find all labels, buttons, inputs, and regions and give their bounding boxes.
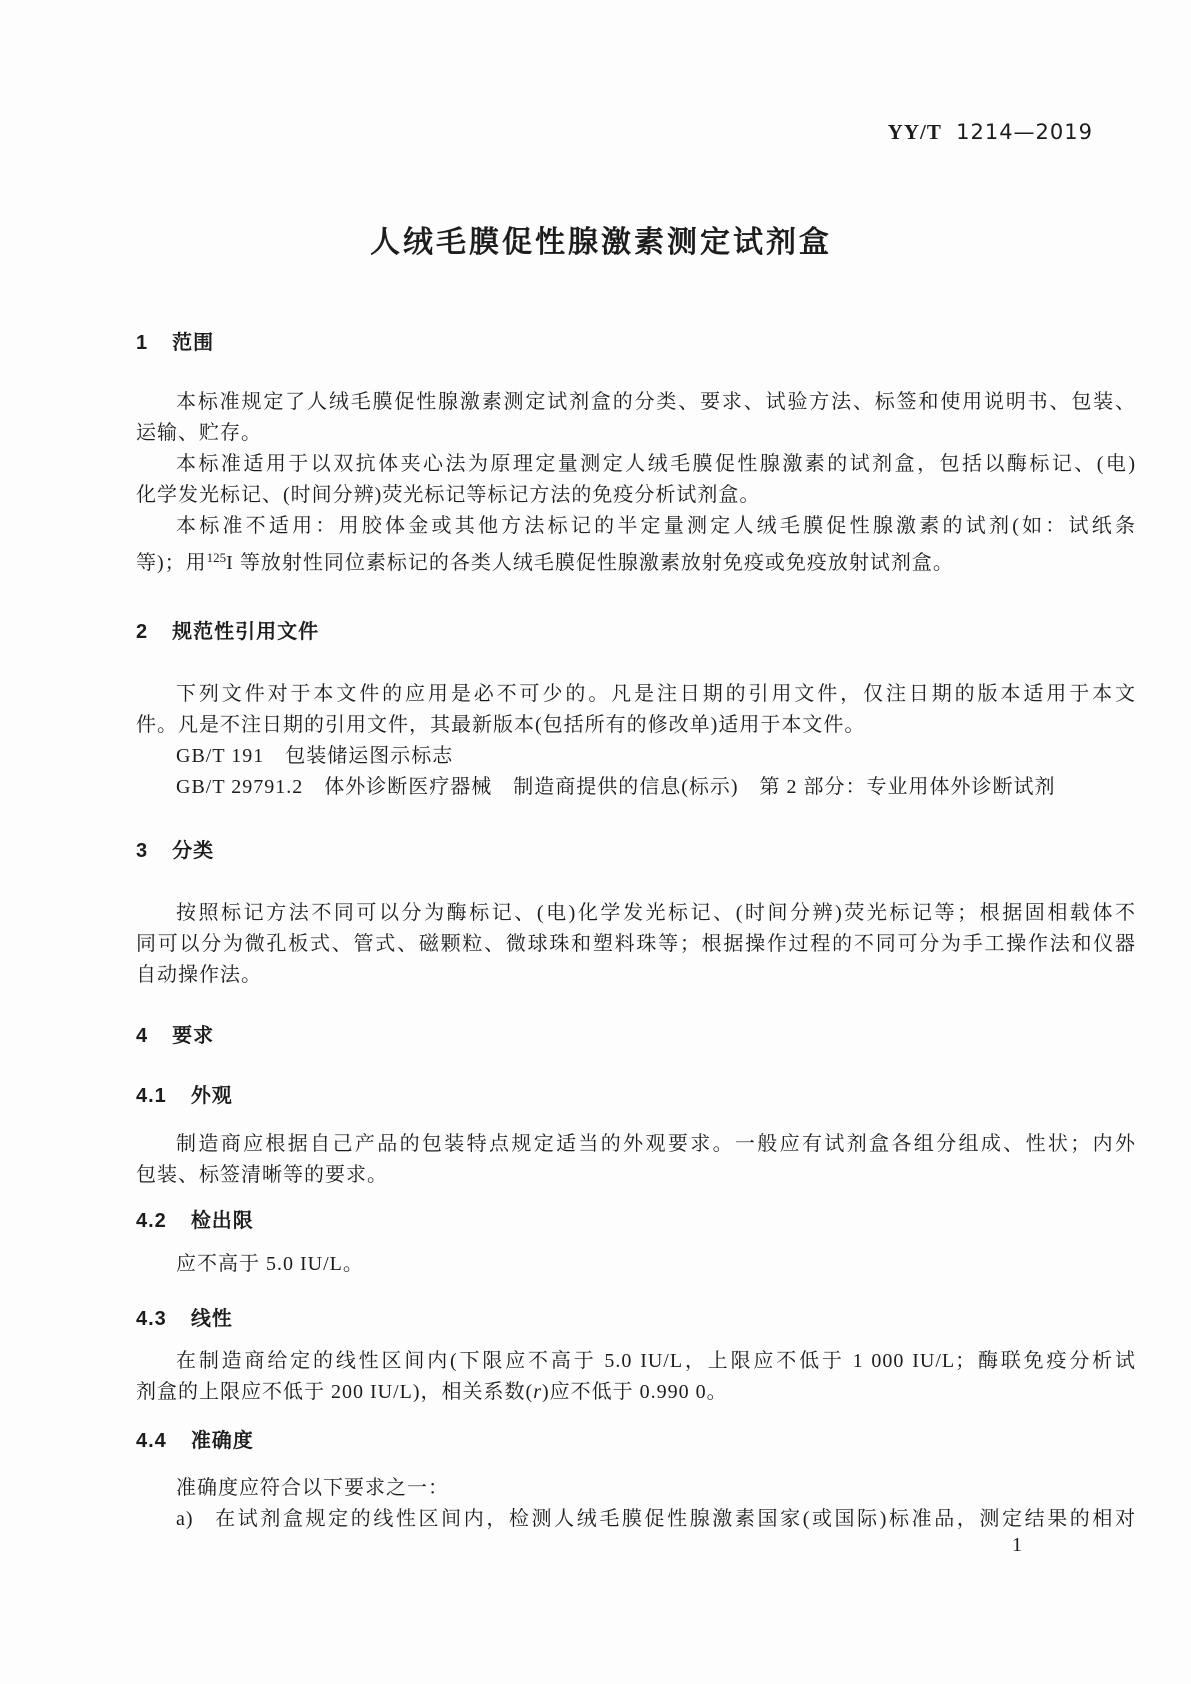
standard-code-prefix: YY/T <box>888 120 942 144</box>
section-4-number: 4 <box>136 1025 148 1047</box>
section-4-1-heading: 4.1外观 <box>136 1081 1136 1111</box>
section-2-heading: 2规范性引用文件 <box>136 617 1136 647</box>
normative-reference: GB/T 191 包装储运图示标志 <box>136 741 1136 772</box>
body-line: 化学发光标记、(时间分辨)荧光标记等标记方法的免疫分析试剂盒。 <box>136 480 1136 511</box>
section-4-1-title: 外观 <box>191 1085 233 1107</box>
page-number: 1 <box>1012 1530 1022 1561</box>
section-3-heading: 3分类 <box>136 836 1136 866</box>
section-4-title: 要求 <box>172 1025 214 1047</box>
body-line: 应不高于 5.0 IU/L。 <box>136 1249 1136 1280</box>
body-line-text: 等)；用 <box>136 552 207 574</box>
body-line: 包装、标签清晰等的要求。 <box>136 1160 1136 1191</box>
document-page: YY/T 1214—2019 人绒毛膜促性腺激素测定试剂盒 1范围 本标准规定了… <box>0 0 1191 1684</box>
list-item-a-label: a) <box>176 1508 194 1530</box>
body-line: 件。凡是不注日期的引用文件，其最新版本(包括所有的修改单)适用于本文件。 <box>136 710 1136 741</box>
page-content: YY/T 1214—2019 人绒毛膜促性腺激素测定试剂盒 1范围 本标准规定了… <box>0 0 1191 1535</box>
body-line-text: 剂盒的上限应不低于 200 IU/L)，相关系数( <box>136 1381 533 1403</box>
section-2-title: 规范性引用文件 <box>172 621 319 643</box>
section-3-title: 分类 <box>172 840 214 862</box>
body-line: 按照标记方法不同可以分为酶标记、(电)化学发光标记、(时间分辨)荧光标记等；根据… <box>136 898 1136 929</box>
body-line: 运输、贮存。 <box>136 418 1136 449</box>
section-4-2-heading: 4.2检出限 <box>136 1206 1136 1236</box>
correlation-coefficient-r: r <box>533 1381 542 1403</box>
section-4-3-heading: 4.3线性 <box>136 1304 1136 1334</box>
standard-code-number: 1214—2019 <box>956 120 1093 144</box>
body-line: 同可以分为微孔板式、管式、磁颗粒、微球珠和塑料珠等；根据操作过程的不同可分为手工… <box>136 929 1136 960</box>
body-line: 下列文件对于本文件的应用是必不可少的。凡是注日期的引用文件，仅注日期的版本适用于… <box>136 679 1136 710</box>
list-item-a-text: 在试剂盒规定的线性区间内，检测人绒毛膜促性腺激素国家(或国际)标准品，测定结果的… <box>214 1508 1136 1530</box>
body-line: 本标准适用于以双抗体夹心法为原理定量测定人绒毛膜促性腺激素的试剂盒，包括以酶标记… <box>136 449 1136 480</box>
section-4-2-number: 4.2 <box>136 1210 167 1232</box>
body-line: 本标准不适用：用胶体金或其他方法标记的半定量测定人绒毛膜促性腺激素的试剂(如：试… <box>136 511 1136 542</box>
section-4-3-number: 4.3 <box>136 1308 167 1330</box>
body-line: 自动操作法。 <box>136 960 1136 991</box>
section-3-number: 3 <box>136 840 148 862</box>
body-line-text: )应不低于 0.990 0。 <box>542 1381 728 1403</box>
body-line-text: I 等放射性同位素标记的各类人绒毛膜促性腺激素放射免疫或免疫放射试剂盒。 <box>226 552 954 574</box>
section-4-4-heading: 4.4准确度 <box>136 1426 1136 1456</box>
section-4-heading: 4要求 <box>136 1021 1136 1051</box>
standard-code: YY/T 1214—2019 <box>136 118 1136 146</box>
document-title: 人绒毛膜促性腺激素测定试剂盒 <box>136 222 1136 264</box>
body-line: 剂盒的上限应不低于 200 IU/L)，相关系数(r)应不低于 0.990 0。 <box>136 1377 1136 1408</box>
section-2-number: 2 <box>136 621 148 643</box>
section-4-1-number: 4.1 <box>136 1085 167 1107</box>
section-1-heading: 1范围 <box>136 328 1136 358</box>
body-line: 等)；用125I 等放射性同位素标记的各类人绒毛膜促性腺激素放射免疫或免疫放射试… <box>136 542 1136 579</box>
list-item-a: a)在试剂盒规定的线性区间内，检测人绒毛膜促性腺激素国家(或国际)标准品，测定结… <box>136 1504 1136 1535</box>
body-line: 制造商应根据自己产品的包装特点规定适当的外观要求。一般应有试剂盒各组分组成、性状… <box>136 1129 1136 1160</box>
section-4-4-title: 准确度 <box>191 1430 254 1452</box>
section-4-4-number: 4.4 <box>136 1430 167 1452</box>
section-4-3-title: 线性 <box>191 1308 233 1330</box>
isotope-125-superscript: 125 <box>207 550 227 565</box>
section-1-number: 1 <box>136 332 148 354</box>
body-line: 本标准规定了人绒毛膜促性腺激素测定试剂盒的分类、要求、试验方法、标签和使用说明书… <box>136 387 1136 418</box>
section-1-title: 范围 <box>172 332 214 354</box>
body-line: 在制造商给定的线性区间内(下限应不高于 5.0 IU/L，上限应不低于 1 00… <box>136 1346 1136 1377</box>
section-4-2-title: 检出限 <box>191 1210 254 1232</box>
normative-reference: GB/T 29791.2 体外诊断医疗器械 制造商提供的信息(标示) 第 2 部… <box>136 772 1136 803</box>
body-line: 准确度应符合以下要求之一： <box>136 1473 1136 1504</box>
